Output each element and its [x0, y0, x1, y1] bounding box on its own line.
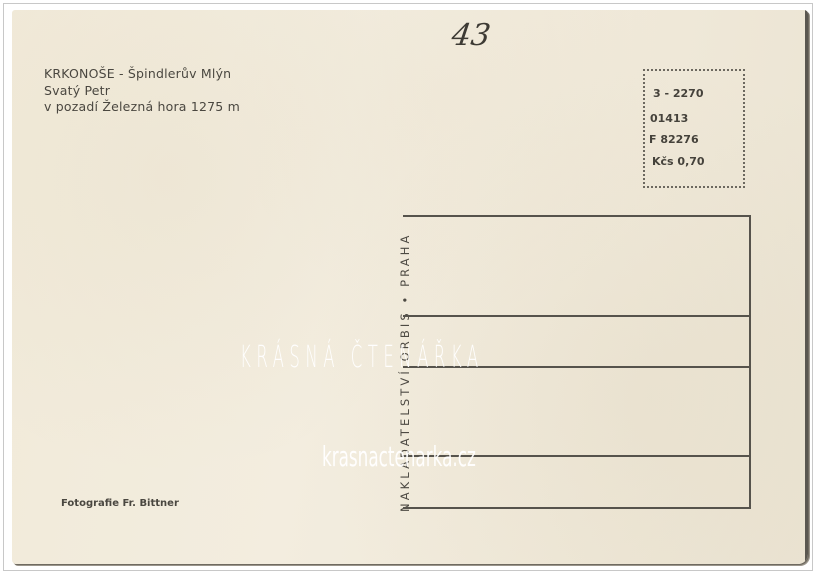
- watermark-url: krasnactenarka.cz: [322, 440, 476, 473]
- handwritten-number: 43: [450, 18, 493, 53]
- address-line-1: [403, 215, 750, 217]
- address-right-border: [749, 215, 751, 509]
- watermark-title: KRÁSNÁ ČTENÁŘKA: [240, 340, 484, 375]
- postcard-caption: KRKONOŠE - Špindlerův Mlýn Svatý Petr v …: [44, 66, 240, 116]
- stamp-price: Kčs 0,70: [652, 155, 705, 168]
- caption-line-background: v pozadí Železná hora 1275 m: [44, 99, 240, 116]
- stamp-code: 3 - 2270: [653, 87, 704, 100]
- caption-line-subject: Svatý Petr: [44, 83, 240, 100]
- stamp-series: 01413: [650, 112, 688, 125]
- address-line-2: [403, 315, 750, 317]
- card-edge-shadow: [805, 10, 808, 564]
- address-line-5: [403, 507, 751, 509]
- stamp-box: 3 - 2270 01413 F 82276 Kčs 0,70: [643, 69, 745, 188]
- photo-credit: Fotografie Fr. Bittner: [61, 498, 179, 509]
- caption-line-location: KRKONOŠE - Špindlerův Mlýn: [44, 66, 240, 83]
- stamp-print-number: F 82276: [649, 133, 699, 146]
